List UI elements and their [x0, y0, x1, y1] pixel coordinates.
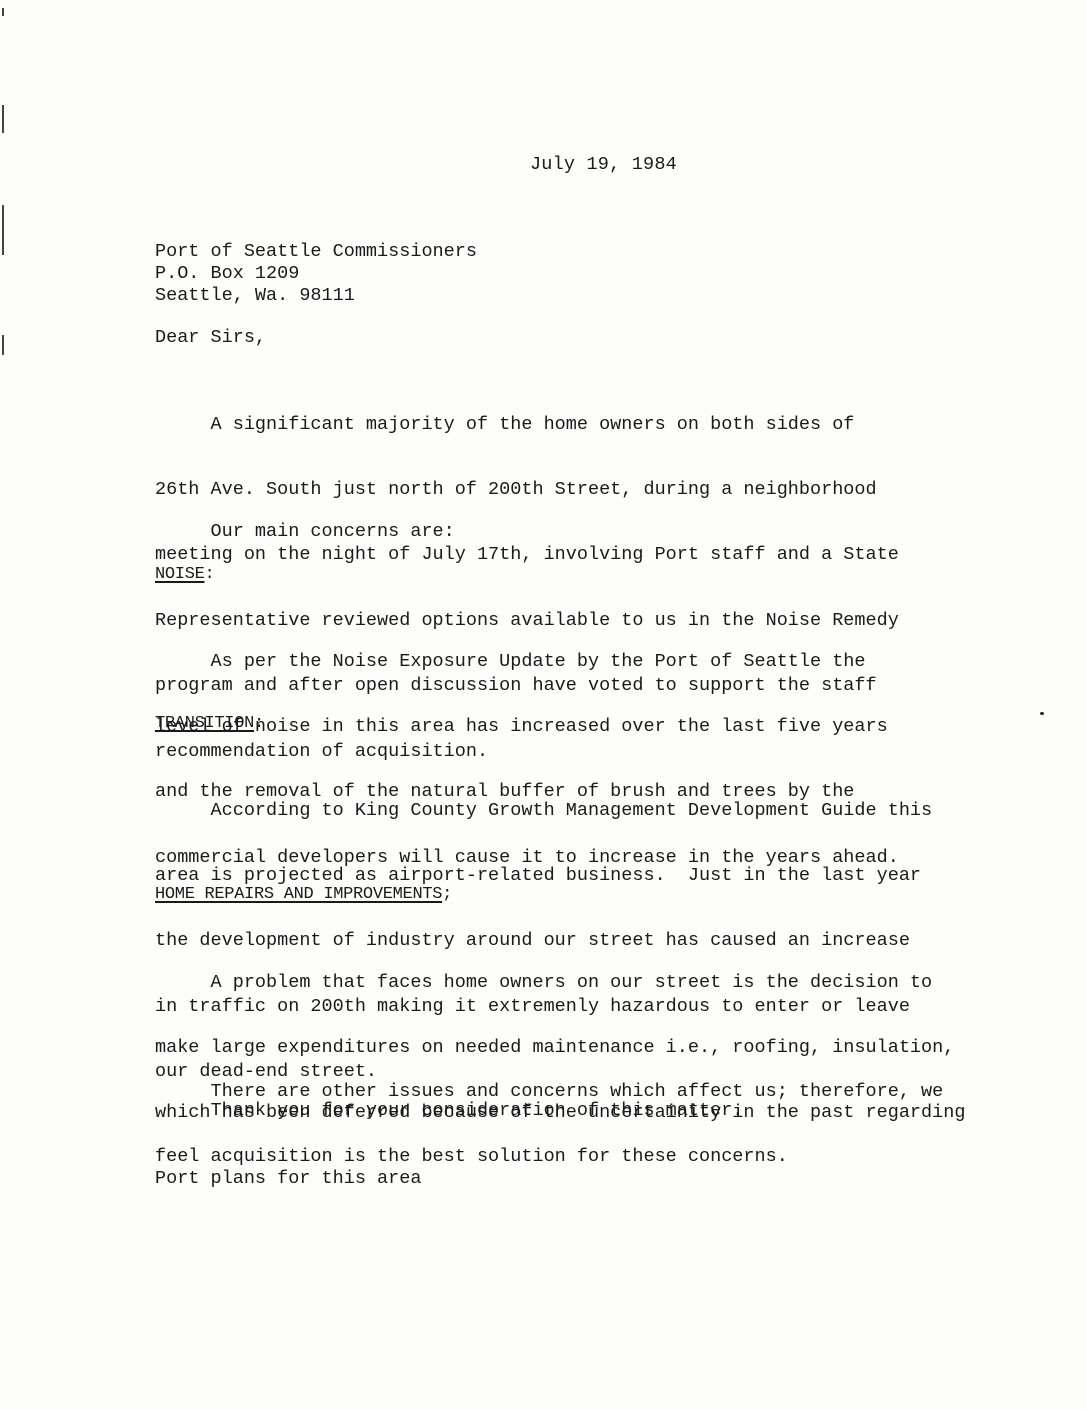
paragraph-line: feel acquisition is the best solution fo…: [155, 1146, 955, 1168]
heading-text: TRANSITION: [155, 714, 254, 733]
scan-edge-mark: [2, 105, 4, 133]
heading-text: HOME REPAIRS AND IMPROVEMENTS: [155, 885, 442, 904]
salutation: Dear Sirs,: [155, 327, 955, 349]
paragraph-line: As per the Noise Exposure Update by the …: [155, 651, 955, 673]
heading-suffix: :: [205, 565, 215, 584]
thanks-line: Thank you for your consideration of this…: [155, 1100, 955, 1122]
concerns-intro: Our main concerns are:: [155, 521, 955, 543]
scan-edge-mark: [2, 205, 4, 255]
paragraph-line: 26th Ave. South just north of 200th Stre…: [155, 479, 955, 501]
recipient-line: Port of Seattle Commissioners: [155, 241, 955, 263]
paragraph-line: level of noise in this area has increase…: [155, 716, 955, 738]
closing-paragraph: There are other issues and concerns whic…: [155, 1037, 955, 1211]
heading-text: NOISE: [155, 565, 205, 584]
recipient-address: Port of Seattle CommissionersP.O. Box 12…: [155, 241, 955, 306]
recipient-line: P.O. Box 1209: [155, 263, 955, 285]
scan-edge-mark: [2, 8, 4, 16]
paragraph-line: meeting on the night of July 17th, invol…: [155, 544, 955, 566]
heading-suffix: ;: [442, 885, 452, 904]
section-heading-noise: NOISE:: [155, 565, 214, 584]
recipient-line: Seattle, Wa. 98111: [155, 285, 955, 307]
section-heading-transition: TRANSITION:: [155, 714, 264, 733]
letter-date: July 19, 1984: [530, 154, 677, 175]
paragraph-line: According to King County Growth Manageme…: [155, 800, 955, 822]
paragraph-line: A problem that faces home owners on our …: [155, 972, 955, 994]
scan-speck: [1040, 712, 1044, 715]
paragraph-line: area is projected as airport-related bus…: [155, 865, 955, 887]
heading-suffix: :: [254, 714, 264, 733]
letter-page: July 19, 1984 Port of Seattle Commission…: [0, 0, 1086, 1409]
section-heading-home-repairs: HOME REPAIRS AND IMPROVEMENTS;: [155, 885, 452, 904]
paragraph-line: A significant majority of the home owner…: [155, 414, 955, 436]
scan-edge-mark: [2, 335, 4, 355]
